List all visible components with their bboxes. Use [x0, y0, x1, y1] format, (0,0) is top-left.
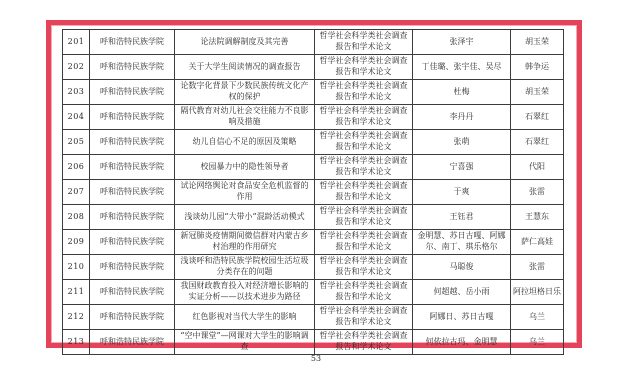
advisor-cell: 张雷 [511, 180, 564, 205]
category-cell: 哲学社会科学类社会调查报告和学术论文 [315, 230, 413, 255]
advisor-cell: 萨仁高娃 [511, 230, 564, 255]
table-row: 205 呼和浩特民族学院 幼儿自信心不足的原因及策略 哲学社会科学类社会调查报告… [63, 130, 564, 155]
category-cell: 哲学社会科学类社会调查报告和学术论文 [315, 205, 413, 230]
awards-table: 201 呼和浩特民族学院 论法院调解制度及其完善 哲学社会科学类社会调查报告和学… [62, 29, 564, 355]
table-row: 209 呼和浩特民族学院 新冠肺炎疫情期间微信群对内蒙古乡村治理的作用研究 哲学… [63, 230, 564, 255]
project-title-cell: 浅谈幼儿园“大带小”混龄活动模式 [175, 205, 315, 230]
advisor-cell: 王慧东 [511, 205, 564, 230]
table-row: 211 呼和浩特民族学院 我国财政教育投入对经济增长影响的实证分析——以技术进步… [63, 280, 564, 305]
advisor-cell: 乌兰 [511, 305, 564, 330]
row-number-cell: 204 [63, 105, 90, 130]
row-number-cell: 208 [63, 205, 90, 230]
table-row: 202 呼和浩特民族学院 关于大学生阅读情况的调查报告 哲学社会科学类社会调查报… [63, 55, 564, 80]
school-cell: 呼和浩特民族学院 [90, 330, 175, 355]
school-cell: 呼和浩特民族学院 [90, 230, 175, 255]
authors-cell: 宁喜强 [413, 155, 511, 180]
row-number-cell: 213 [63, 330, 90, 355]
project-title-cell: 试论网络舆论对食品安全危机监督的作用 [175, 180, 315, 205]
project-title-cell: 浅谈呼和浩特民族学院校园生活垃圾分类存在的问题 [175, 255, 315, 280]
authors-cell: 杜梅 [413, 80, 511, 105]
authors-cell: 金明慧、苏日古嘎、阿娜尔、南丁、琪乐格尔 [413, 230, 511, 255]
page-number: 53 [0, 354, 632, 363]
category-cell: 哲学社会科学类社会调查报告和学术论文 [315, 280, 413, 305]
category-cell: 哲学社会科学类社会调查报告和学术论文 [315, 155, 413, 180]
table-row: 203 呼和浩特民族学院 论数字化背景下少数民族传统文化产权的保护 哲学社会科学… [63, 80, 564, 105]
school-cell: 呼和浩特民族学院 [90, 155, 175, 180]
row-number-cell: 202 [63, 55, 90, 80]
school-cell: 呼和浩特民族学院 [90, 255, 175, 280]
table-row: 210 呼和浩特民族学院 浅谈呼和浩特民族学院校园生活垃圾分类存在的问题 哲学社… [63, 255, 564, 280]
category-cell: 哲学社会科学类社会调查报告和学术论文 [315, 55, 413, 80]
advisor-cell: 胡玉荣 [511, 80, 564, 105]
project-title-cell: 关于大学生阅读情况的调查报告 [175, 55, 315, 80]
school-cell: 呼和浩特民族学院 [90, 30, 175, 55]
awards-table-body: 201 呼和浩特民族学院 论法院调解制度及其完善 哲学社会科学类社会调查报告和学… [63, 30, 564, 355]
school-cell: 呼和浩特民族学院 [90, 80, 175, 105]
advisor-cell: 石翠红 [511, 130, 564, 155]
table-row: 213 呼和浩特民族学院 “空中课堂”—网课对大学生的影响调查 哲学社会科学类社… [63, 330, 564, 355]
project-title-cell: 我国财政教育投入对经济增长影响的实证分析——以技术进步为路径 [175, 280, 315, 305]
table-row: 207 呼和浩特民族学院 试论网络舆论对食品安全危机监督的作用 哲学社会科学类社… [63, 180, 564, 205]
project-title-cell: 论法院调解制度及其完善 [175, 30, 315, 55]
table-row: 212 呼和浩特民族学院 红色影视对当代大学生的影响 哲学社会科学类社会调查报告… [63, 305, 564, 330]
category-cell: 哲学社会科学类社会调查报告和学术论文 [315, 330, 413, 355]
advisor-cell: 代阳 [511, 155, 564, 180]
table-row: 201 呼和浩特民族学院 论法院调解制度及其完善 哲学社会科学类社会调查报告和学… [63, 30, 564, 55]
project-title-cell: 论数字化背景下少数民族传统文化产权的保护 [175, 80, 315, 105]
school-cell: 呼和浩特民族学院 [90, 180, 175, 205]
advisor-cell: 石翠红 [511, 105, 564, 130]
category-cell: 哲学社会科学类社会调查报告和学术论文 [315, 80, 413, 105]
authors-cell: 何依拉古玛、金明慧 [413, 330, 511, 355]
category-cell: 哲学社会科学类社会调查报告和学术论文 [315, 105, 413, 130]
table-row: 204 呼和浩特民族学院 隔代教育对幼儿社会交往能力不良影响及措施 哲学社会科学… [63, 105, 564, 130]
advisor-cell: 张雷 [511, 255, 564, 280]
project-title-cell: 新冠肺炎疫情期间微信群对内蒙古乡村治理的作用研究 [175, 230, 315, 255]
authors-cell: 于爽 [413, 180, 511, 205]
row-number-cell: 203 [63, 80, 90, 105]
authors-cell: 张萌 [413, 130, 511, 155]
school-cell: 呼和浩特民族学院 [90, 280, 175, 305]
project-title-cell: 校园暴力中的隐性领导者 [175, 155, 315, 180]
project-title-cell: 隔代教育对幼儿社会交往能力不良影响及措施 [175, 105, 315, 130]
category-cell: 哲学社会科学类社会调查报告和学术论文 [315, 130, 413, 155]
row-number-cell: 207 [63, 180, 90, 205]
advisor-cell: 韩争运 [511, 55, 564, 80]
project-title-cell: “空中课堂”—网课对大学生的影响调查 [175, 330, 315, 355]
table-row: 206 呼和浩特民族学院 校园暴力中的隐性领导者 哲学社会科学类社会调查报告和学… [63, 155, 564, 180]
authors-cell: 张泽宇 [413, 30, 511, 55]
category-cell: 哲学社会科学类社会调查报告和学术论文 [315, 30, 413, 55]
project-title-cell: 幼儿自信心不足的原因及策略 [175, 130, 315, 155]
school-cell: 呼和浩特民族学院 [90, 55, 175, 80]
row-number-cell: 205 [63, 130, 90, 155]
row-number-cell: 210 [63, 255, 90, 280]
row-number-cell: 206 [63, 155, 90, 180]
row-number-cell: 209 [63, 230, 90, 255]
category-cell: 哲学社会科学类社会调查报告和学术论文 [315, 255, 413, 280]
authors-cell: 丁佳璐、张宇佳、吴尽 [413, 55, 511, 80]
project-title-cell: 红色影视对当代大学生的影响 [175, 305, 315, 330]
advisor-cell: 胡玉荣 [511, 30, 564, 55]
authors-cell: 阿娜日、苏日古嘎 [413, 305, 511, 330]
category-cell: 哲学社会科学类社会调查报告和学术论文 [315, 305, 413, 330]
school-cell: 呼和浩特民族学院 [90, 130, 175, 155]
authors-cell: 何超越、岳小雨 [413, 280, 511, 305]
row-number-cell: 212 [63, 305, 90, 330]
authors-cell: 李丹丹 [413, 105, 511, 130]
school-cell: 呼和浩特民族学院 [90, 205, 175, 230]
advisor-cell: 阿拉坦格日乐 [511, 280, 564, 305]
category-cell: 哲学社会科学类社会调查报告和学术论文 [315, 180, 413, 205]
advisor-cell: 乌兰 [511, 330, 564, 355]
school-cell: 呼和浩特民族学院 [90, 105, 175, 130]
table-row: 208 呼和浩特民族学院 浅谈幼儿园“大带小”混龄活动模式 哲学社会科学类社会调… [63, 205, 564, 230]
row-number-cell: 201 [63, 30, 90, 55]
authors-cell: 马聪俊 [413, 255, 511, 280]
school-cell: 呼和浩特民族学院 [90, 305, 175, 330]
row-number-cell: 211 [63, 280, 90, 305]
authors-cell: 王钰君 [413, 205, 511, 230]
